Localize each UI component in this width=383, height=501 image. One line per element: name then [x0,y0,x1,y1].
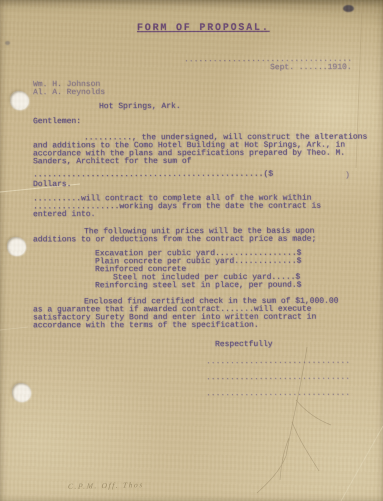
ink-smudge [343,5,354,12]
paragraph3-line2: additions to or deductions from the cont… [33,236,316,245]
signature-dotted-line-3: .............................. [206,390,350,398]
amount-dotted-line: ........................................… [33,171,273,180]
salutation: Gentlemen: [33,118,81,126]
paragraph2-line3: entered into. [33,211,95,219]
location-line: Hot Springs, Ark. [99,103,181,111]
pencil-note: C.P.M. Off. Thos [68,480,145,491]
scanned-document-page: FORM OF PROPOSAL. ......................… [0,0,383,501]
punch-hole-bottom [12,383,31,402]
dollars-label: Dollars. [33,181,71,189]
paragraph1-line4: Sanders, Architect for the sum of [33,158,191,166]
closing-respectfully: Respectfully [215,341,273,349]
dirt-spot [5,41,10,45]
signature-dotted-line-2: .............................. [206,374,350,382]
signature-dotted-line-1: .............................. [206,358,350,366]
amount-close-paren: ) [345,172,350,180]
unit-price-reinforcing-steel: Reinforcing steel set in place, per poun… [95,282,301,291]
paragraph4-line4: accordance with the terms of the specifi… [33,322,259,331]
document-title: FORM OF PROPOSAL. [137,25,270,33]
recipient-line-2: Al. A. Reynolds [33,89,105,97]
punch-hole-top [10,91,29,110]
date-line: Sept. ......1910. [270,64,352,72]
punch-hole-middle [7,237,26,256]
